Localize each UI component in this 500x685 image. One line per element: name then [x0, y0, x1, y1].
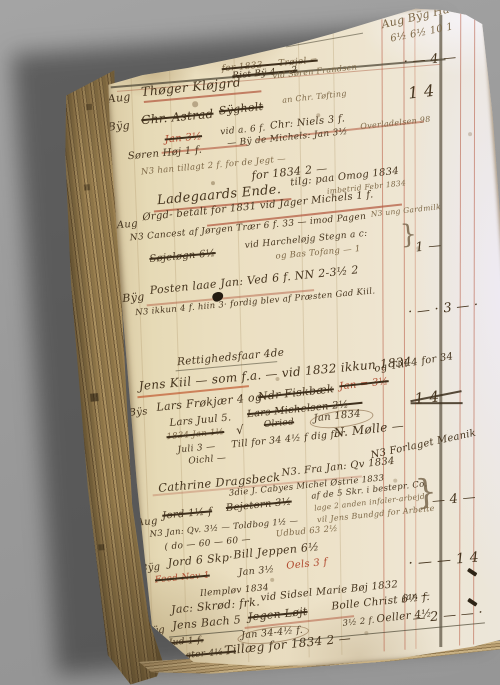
handwriting-line: Feed Nov 1: [155, 571, 211, 585]
column-headers: Aug Bÿg Havre: [380, 0, 469, 30]
year-title: 1833: [286, 10, 353, 44]
margin-label: Aug: [107, 91, 131, 104]
amount-value: 1 4: [414, 389, 440, 407]
handwriting-line: Olried: [264, 418, 295, 430]
entry-name: Thøger Kløjgrd: [141, 76, 242, 98]
handwriting-line: N3 ung Gardmilk: [370, 203, 441, 218]
amount-value: · — 4 —: [403, 51, 457, 69]
amount-value: 1 —: [415, 239, 442, 254]
handwriting-line: Søjeløgn 6½: [149, 249, 216, 265]
handwriting-line: Sÿgholt: [218, 101, 263, 117]
handwriting-line: 34 Jud 1 f.: [153, 636, 204, 650]
margin-label: Bÿg: [107, 120, 130, 133]
handwriting-line: 1834 Jan 1½: [166, 428, 224, 442]
handwriting-line: Jan 3½: [238, 565, 274, 578]
section-heading: Rettighedsfaar 4de: [177, 348, 285, 368]
handwriting-line: N. Mølle —: [333, 419, 404, 439]
handwriting-line: Bejetorn 3½: [226, 498, 293, 515]
entry-name: Jens Bach 5: [172, 614, 242, 631]
handwriting-line: Søren Høj 1 f.: [128, 146, 203, 163]
handwriting-line: Jord 1½ f: [162, 507, 213, 521]
handwriting-line: an Chr. Tøfting: [282, 90, 347, 105]
handwriting-line: Juli 3 —: [177, 443, 216, 455]
margin-label: Aug: [117, 219, 139, 231]
fore-edge-specks: [55, 68, 57, 70]
amount-value: 1 4: [407, 83, 435, 102]
amount-value: · — · 3 — ·: [408, 299, 480, 320]
handwriting-line: Jord 6 Skp·: [167, 552, 233, 569]
check-mark: √: [236, 424, 245, 437]
handwriting-line: Oichl —: [188, 454, 227, 466]
handwriting-line: Jan 1834: [313, 409, 361, 424]
handwriting-line: Ndr Fiskbæk: [257, 383, 334, 402]
entry-name: Chr. Astrad: [141, 108, 214, 127]
margin-label: Bÿs: [128, 407, 148, 419]
handwriting-line: Jan = 3½: [339, 377, 389, 392]
margin-label: Bÿg: [122, 291, 145, 304]
ledger-page: No — 1833 Aug Bÿg Havre 6½ 6½ 10 1 for 1…: [100, 2, 500, 678]
handwriting-line: Overladelsen 98: [360, 116, 431, 132]
handwriting-line: Jan 3½: [164, 132, 202, 145]
paper-specks: [163, 65, 165, 67]
handwriting-line: Oels 3 f: [286, 558, 328, 572]
no-label: No —: [248, 37, 281, 52]
handwriting-line: og Bas Tofang — 1: [275, 245, 361, 261]
amount-value: · — — 1 4: [408, 550, 480, 570]
ledger-photo: No — 1833 Aug Bÿg Havre 6½ 6½ 10 1 for 1…: [0, 0, 500, 685]
handwriting-layer: No — 1833 Aug Bÿg Havre 6½ 6½ 10 1 for 1…: [100, 2, 500, 678]
amount-value: — 4 —: [431, 491, 476, 508]
handwriting-line: Till for 34 4½ f dig for: [231, 429, 346, 450]
ledger-book: No — 1833 Aug Bÿg Havre 6½ 6½ 10 1 for 1…: [52, 0, 500, 685]
handwriting-line: og Till 4 for 34: [374, 352, 454, 375]
margin-label: Aug: [136, 517, 158, 529]
margin-label: Bÿg: [140, 563, 161, 575]
handwriting-line: 3½ 2 f.: [342, 617, 375, 629]
